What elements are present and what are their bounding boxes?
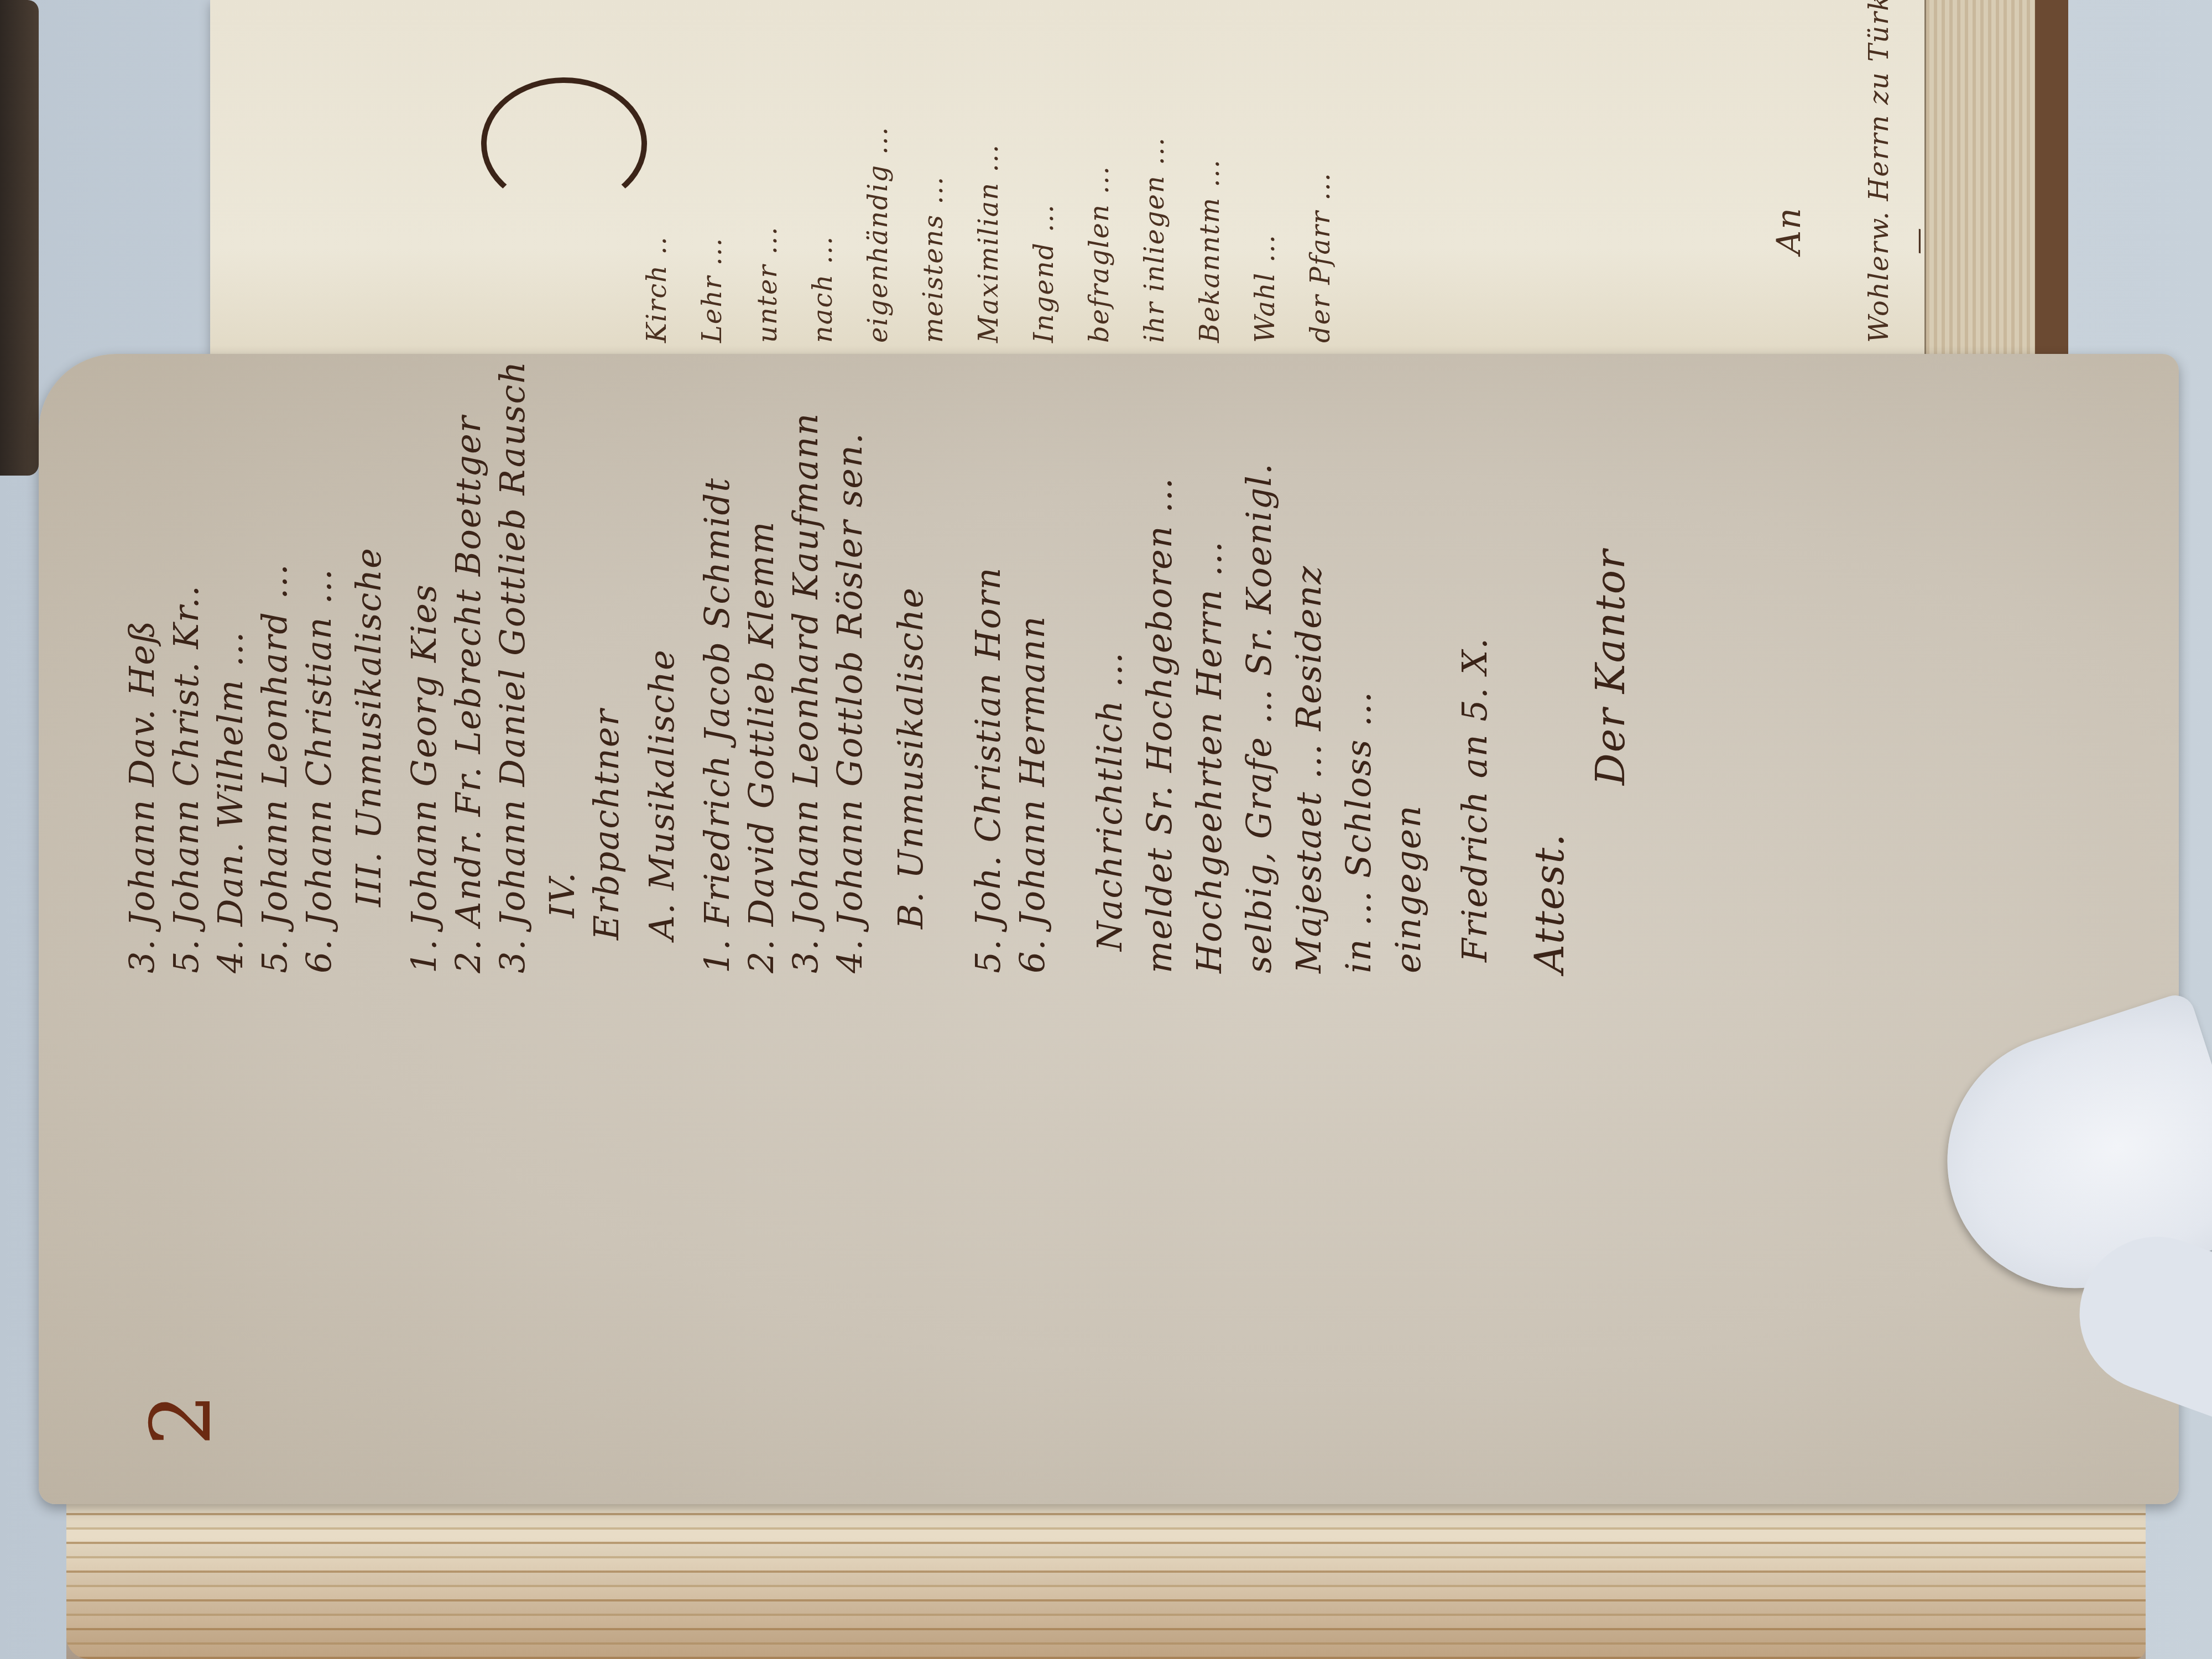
address-line: Wohlerw. Herrn zu Türken — [1864, 0, 1895, 343]
upper-page-line: eigenhändig ... — [863, 126, 894, 343]
upper-page-line: Ingend ... — [1029, 204, 1060, 343]
upper-page-line: unter ... — [752, 226, 783, 343]
upper-page-line: Maximilian ... — [973, 144, 1004, 343]
address-line: An — [1770, 207, 1808, 254]
upper-page-line: ihr inliegen ... — [1139, 137, 1170, 343]
initial-letter-flourish — [481, 77, 647, 210]
upper-page-line: nach ... — [807, 236, 838, 343]
upper-page-line: Lehr ... — [697, 237, 728, 343]
upper-page-line: Bekanntm ... — [1194, 159, 1225, 343]
upper-page-line: der Pfarr ... — [1305, 172, 1336, 343]
upper-page-line: Wahl ... — [1250, 234, 1281, 343]
upper-page-edges — [1924, 0, 2037, 354]
upper-page-line: meistens ... — [918, 176, 949, 343]
page-block-shadow — [66, 1537, 2146, 1659]
upper-page: Kirch .. Lehr ... unter ... nach ... eig… — [210, 0, 2013, 354]
book-cover-edge — [2035, 0, 2068, 365]
page-number: 2 — [133, 1393, 229, 1446]
book-binding-left — [0, 0, 39, 476]
main-manuscript-page: 3. Johann Dav. Heß 5. Johann Christ. Kr.… — [39, 354, 2179, 1504]
upper-page-line: Kirch .. — [641, 236, 672, 343]
upper-page-line: befraglen ... — [1084, 165, 1115, 343]
